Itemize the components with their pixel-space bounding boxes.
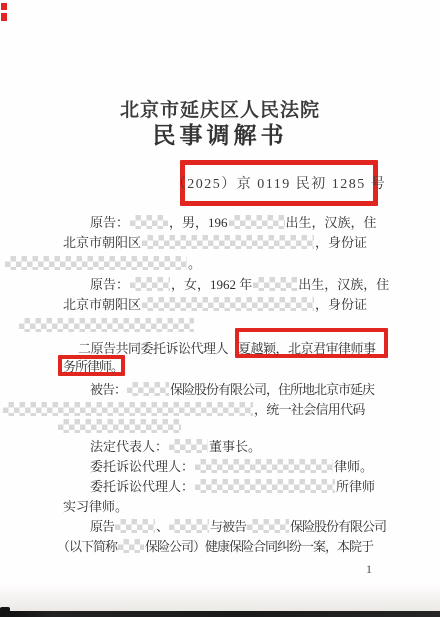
text-segment: 。 <box>188 256 201 272</box>
redaction-mosaic <box>130 215 168 229</box>
body-line: 委托诉讼代理人：所律师 <box>90 479 375 495</box>
body-line: （以下简称保险公司）健康保险合同纠纷一案，本院于 <box>57 539 373 555</box>
body-line: ，统一社会信用代码 <box>2 402 365 418</box>
text-segment: 出生，汉族，住 <box>286 215 377 231</box>
corner-red-mark <box>1 3 7 10</box>
text-segment: 出生，汉族，住 <box>298 277 389 293</box>
redaction-mosaic <box>127 382 169 396</box>
redaction-mosaic <box>142 235 314 249</box>
text-segment: 保险股份有限公司，住所地北京市延庆 <box>170 382 374 398</box>
photo-bottom-edge <box>0 611 440 617</box>
text-segment: （以下简称 <box>57 539 117 555</box>
text-segment: 保险公司）健康保险合同纠纷一案，本院于 <box>145 539 373 555</box>
body-line: 被告：保险股份有限公司，住所地北京市延庆 <box>90 382 374 398</box>
redaction-mosaic <box>115 519 155 533</box>
redaction-mosaic <box>253 277 297 291</box>
redaction-mosaic <box>118 539 144 553</box>
page-number: 1 <box>366 562 372 577</box>
body-line: 实习律师。 <box>63 499 128 515</box>
case-number-highlight-box: （2025）京 0119 民初 1285 号 <box>180 160 378 206</box>
text-segment: 与被告 <box>210 519 246 535</box>
text-segment: 、 <box>156 519 168 535</box>
text-segment: 实习律师。 <box>63 499 128 515</box>
text-segment: 二原告共同委托诉讼代理人 <box>78 341 228 357</box>
redaction-mosaic <box>5 256 187 270</box>
text-segment: 北京市朝阳区 <box>63 297 141 313</box>
text-segment: ，身份证 <box>315 297 367 313</box>
text-segment: ，男，196 <box>169 215 228 231</box>
body-line: 北京市朝阳区，身份证 <box>63 297 367 313</box>
text-segment: ，女，1962 年 <box>171 277 252 293</box>
redaction-mosaic <box>195 479 335 493</box>
redaction-mosaic <box>169 439 208 453</box>
text-segment: 北京市朝阳区 <box>63 235 141 251</box>
redaction-mosaic <box>247 519 289 533</box>
text-segment: 委托诉讼代理人： <box>90 479 194 495</box>
text-segment: 原告： <box>90 215 129 231</box>
body-line <box>57 419 182 435</box>
text-segment: 律师。 <box>334 459 373 475</box>
text-segment: 原告 <box>90 519 114 535</box>
text-segment: 董事长。 <box>209 439 261 455</box>
body-line: 委托诉讼代理人：律师。 <box>90 459 373 475</box>
redaction-mosaic <box>19 318 194 332</box>
body-line: 法定代表人：董事长。 <box>90 439 261 455</box>
body-line: 原告、与被告保险股份有限公司 <box>90 519 386 535</box>
text-segment: 法定代表人： <box>90 439 168 455</box>
redaction-mosaic <box>169 519 209 533</box>
photo-bottom-edge-corner <box>0 607 10 617</box>
photo-bottom-shadow <box>0 584 440 612</box>
redaction-mosaic <box>3 402 253 416</box>
redaction-mosaic <box>195 459 333 473</box>
corner-red-mark <box>1 13 7 21</box>
body-line: 北京市朝阳区，身份证 <box>63 235 367 251</box>
text-segment: 保险股份有限公司 <box>290 519 386 535</box>
text-segment: 务所律师。 <box>63 359 123 375</box>
body-line: 务所律师。 <box>63 359 123 375</box>
text-segment: 夏越颖，北京君审律师事 <box>238 341 376 357</box>
text-segment: ，身份证 <box>315 235 367 251</box>
redaction-mosaic <box>229 215 285 229</box>
text-segment: 被告： <box>90 382 126 398</box>
court-document-photo: 北京市延庆区人民法院 民事调解书 （2025）京 0119 民初 1285 号 … <box>0 0 440 617</box>
redaction-mosaic <box>58 419 181 433</box>
text-segment: 原告： <box>90 277 129 293</box>
text-segment: ，统一社会信用代码 <box>254 402 365 418</box>
document-type-title: 民事调解书 <box>40 117 400 150</box>
case-number: （2025）京 0119 民初 1285 号 <box>172 173 386 193</box>
redaction-mosaic <box>130 277 170 291</box>
body-line: 二原告共同委托诉讼代理人夏越颖，北京君审律师事 <box>78 341 376 357</box>
text-segment: 委托诉讼代理人： <box>90 459 194 475</box>
body-line <box>18 318 195 334</box>
redaction-mosaic <box>142 297 314 311</box>
text-segment: 所律师 <box>336 479 375 495</box>
body-line: 。 <box>4 256 201 272</box>
body-line: 原告：，女，1962 年出生，汉族，住 <box>90 277 389 293</box>
body-line: 原告：，男，196出生，汉族，住 <box>90 215 377 231</box>
